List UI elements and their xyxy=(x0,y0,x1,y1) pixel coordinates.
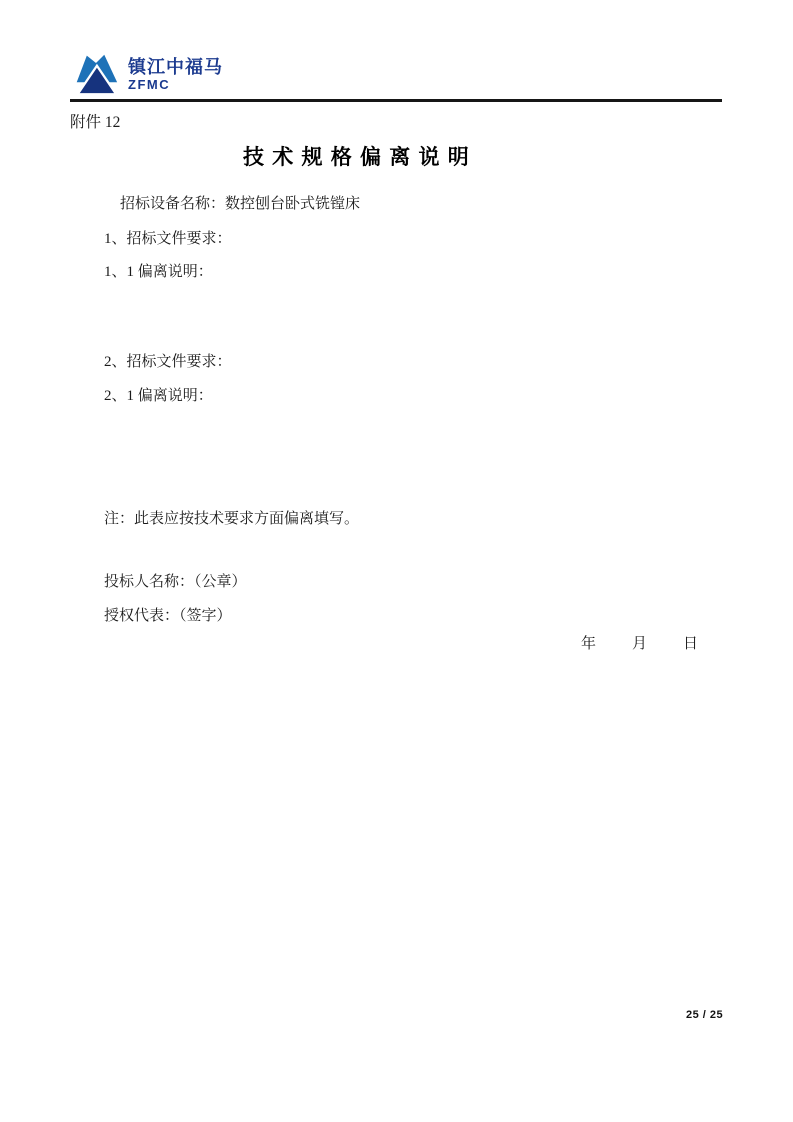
date-line: 年 月 日 xyxy=(581,632,698,653)
header-divider xyxy=(70,99,722,102)
day-label: 日 xyxy=(683,632,698,653)
attachment-label: 附件 12 xyxy=(70,110,120,132)
requirement-2-line: 2、招标文件要求： xyxy=(104,350,232,371)
requirement-1-line: 1、招标文件要求： xyxy=(104,227,232,248)
year-label: 年 xyxy=(581,632,596,653)
document-page: 镇江中福马 ZFMC 附件 12 技 术 规 格 偏 离 说 明 招标设备名称：… xyxy=(0,0,793,1122)
deviation-1-line: 1、1 偏离说明： xyxy=(104,260,213,281)
page-title: 技 术 规 格 偏 离 说 明 xyxy=(243,141,470,171)
deviation-2-line: 2、1 偏离说明： xyxy=(104,384,213,405)
company-name-label: 镇江中福马 xyxy=(128,58,223,77)
page-number: 25 / 25 xyxy=(686,1009,723,1021)
company-abbr-label: ZFMC xyxy=(128,78,223,92)
note-line: 注：此表应按技术要求方面偏离填写。 xyxy=(104,507,359,528)
authorized-rep-line: 授权代表：（签字） xyxy=(104,604,232,625)
company-logo: 镇江中福马 ZFMC xyxy=(72,52,223,97)
bidder-name-line: 投标人名称：（公章） xyxy=(104,570,247,591)
month-label: 月 xyxy=(632,632,647,653)
device-name-line: 招标设备名称：数控刨台卧式铣镗床 xyxy=(120,192,360,213)
zfmc-mountain-logo-icon xyxy=(72,52,120,97)
logo-text-block: 镇江中福马 ZFMC xyxy=(128,58,223,92)
